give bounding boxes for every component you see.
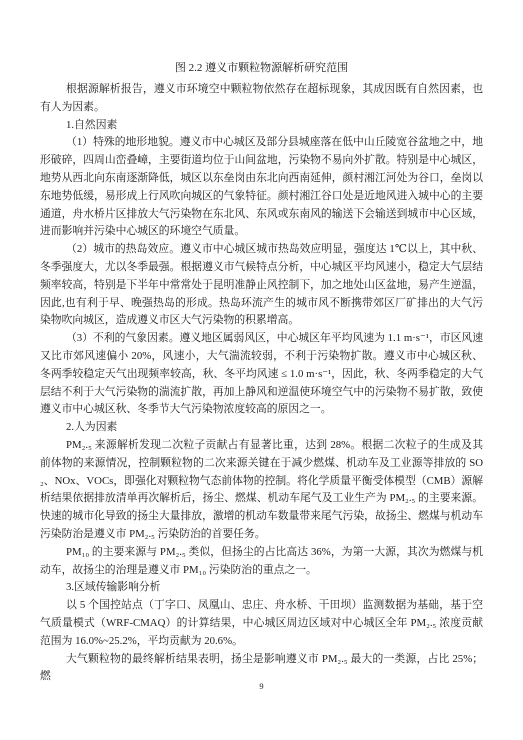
- paragraph-intro: 根据源解析报告，遵义市环境空中颗粒物依然存在超标现象，其成因既有自然因素，也有人…: [40, 81, 483, 117]
- section-heading-human-factors: 2.人为因素: [40, 419, 483, 437]
- paragraph-terrain: （1）特殊的地形地貌。遵义市中心城区及部分县城座落在低中山丘陵宽谷盆地之中，地形…: [40, 134, 483, 241]
- paragraph-heat-island: （2）城市的热岛效应。遵义市中心城区城市热岛效应明显，强度达 1℃以上，其中秋、…: [40, 241, 483, 330]
- document-page: 图 2.2 遵义市颗粒物源解析研究范围 根据源解析报告，遵义市环境空中颗粒物依然…: [0, 0, 523, 740]
- section-heading-regional-transport: 3.区域传输影响分析: [40, 579, 483, 597]
- paragraph-wrf-cmaq: 以 5 个国控站点（丁字口、凤凰山、忠庄、舟水桥、干田坝）监测数据为基础，基于空…: [40, 597, 483, 650]
- paragraph-pm10-sources: PM₁₀ 的主要来源与 PM₂.₅ 类似，但扬尘的占比高达 36%，为第一大源，…: [40, 544, 483, 580]
- paragraph-pm25-sources: PM₂.₅ 来源解析发现二次粒子贡献占有显著比重，达到 28%。根据二次粒子的生…: [40, 437, 483, 544]
- page-number: 9: [0, 681, 523, 691]
- section-heading-natural-factors: 1.自然因素: [40, 117, 483, 135]
- paragraph-meteorology: （3）不利的气象因素。遵义地区属弱风区，中心城区年平均风速为 1.1 m·s⁻¹…: [40, 330, 483, 419]
- figure-caption: 图 2.2 遵义市颗粒物源解析研究范围: [40, 59, 483, 77]
